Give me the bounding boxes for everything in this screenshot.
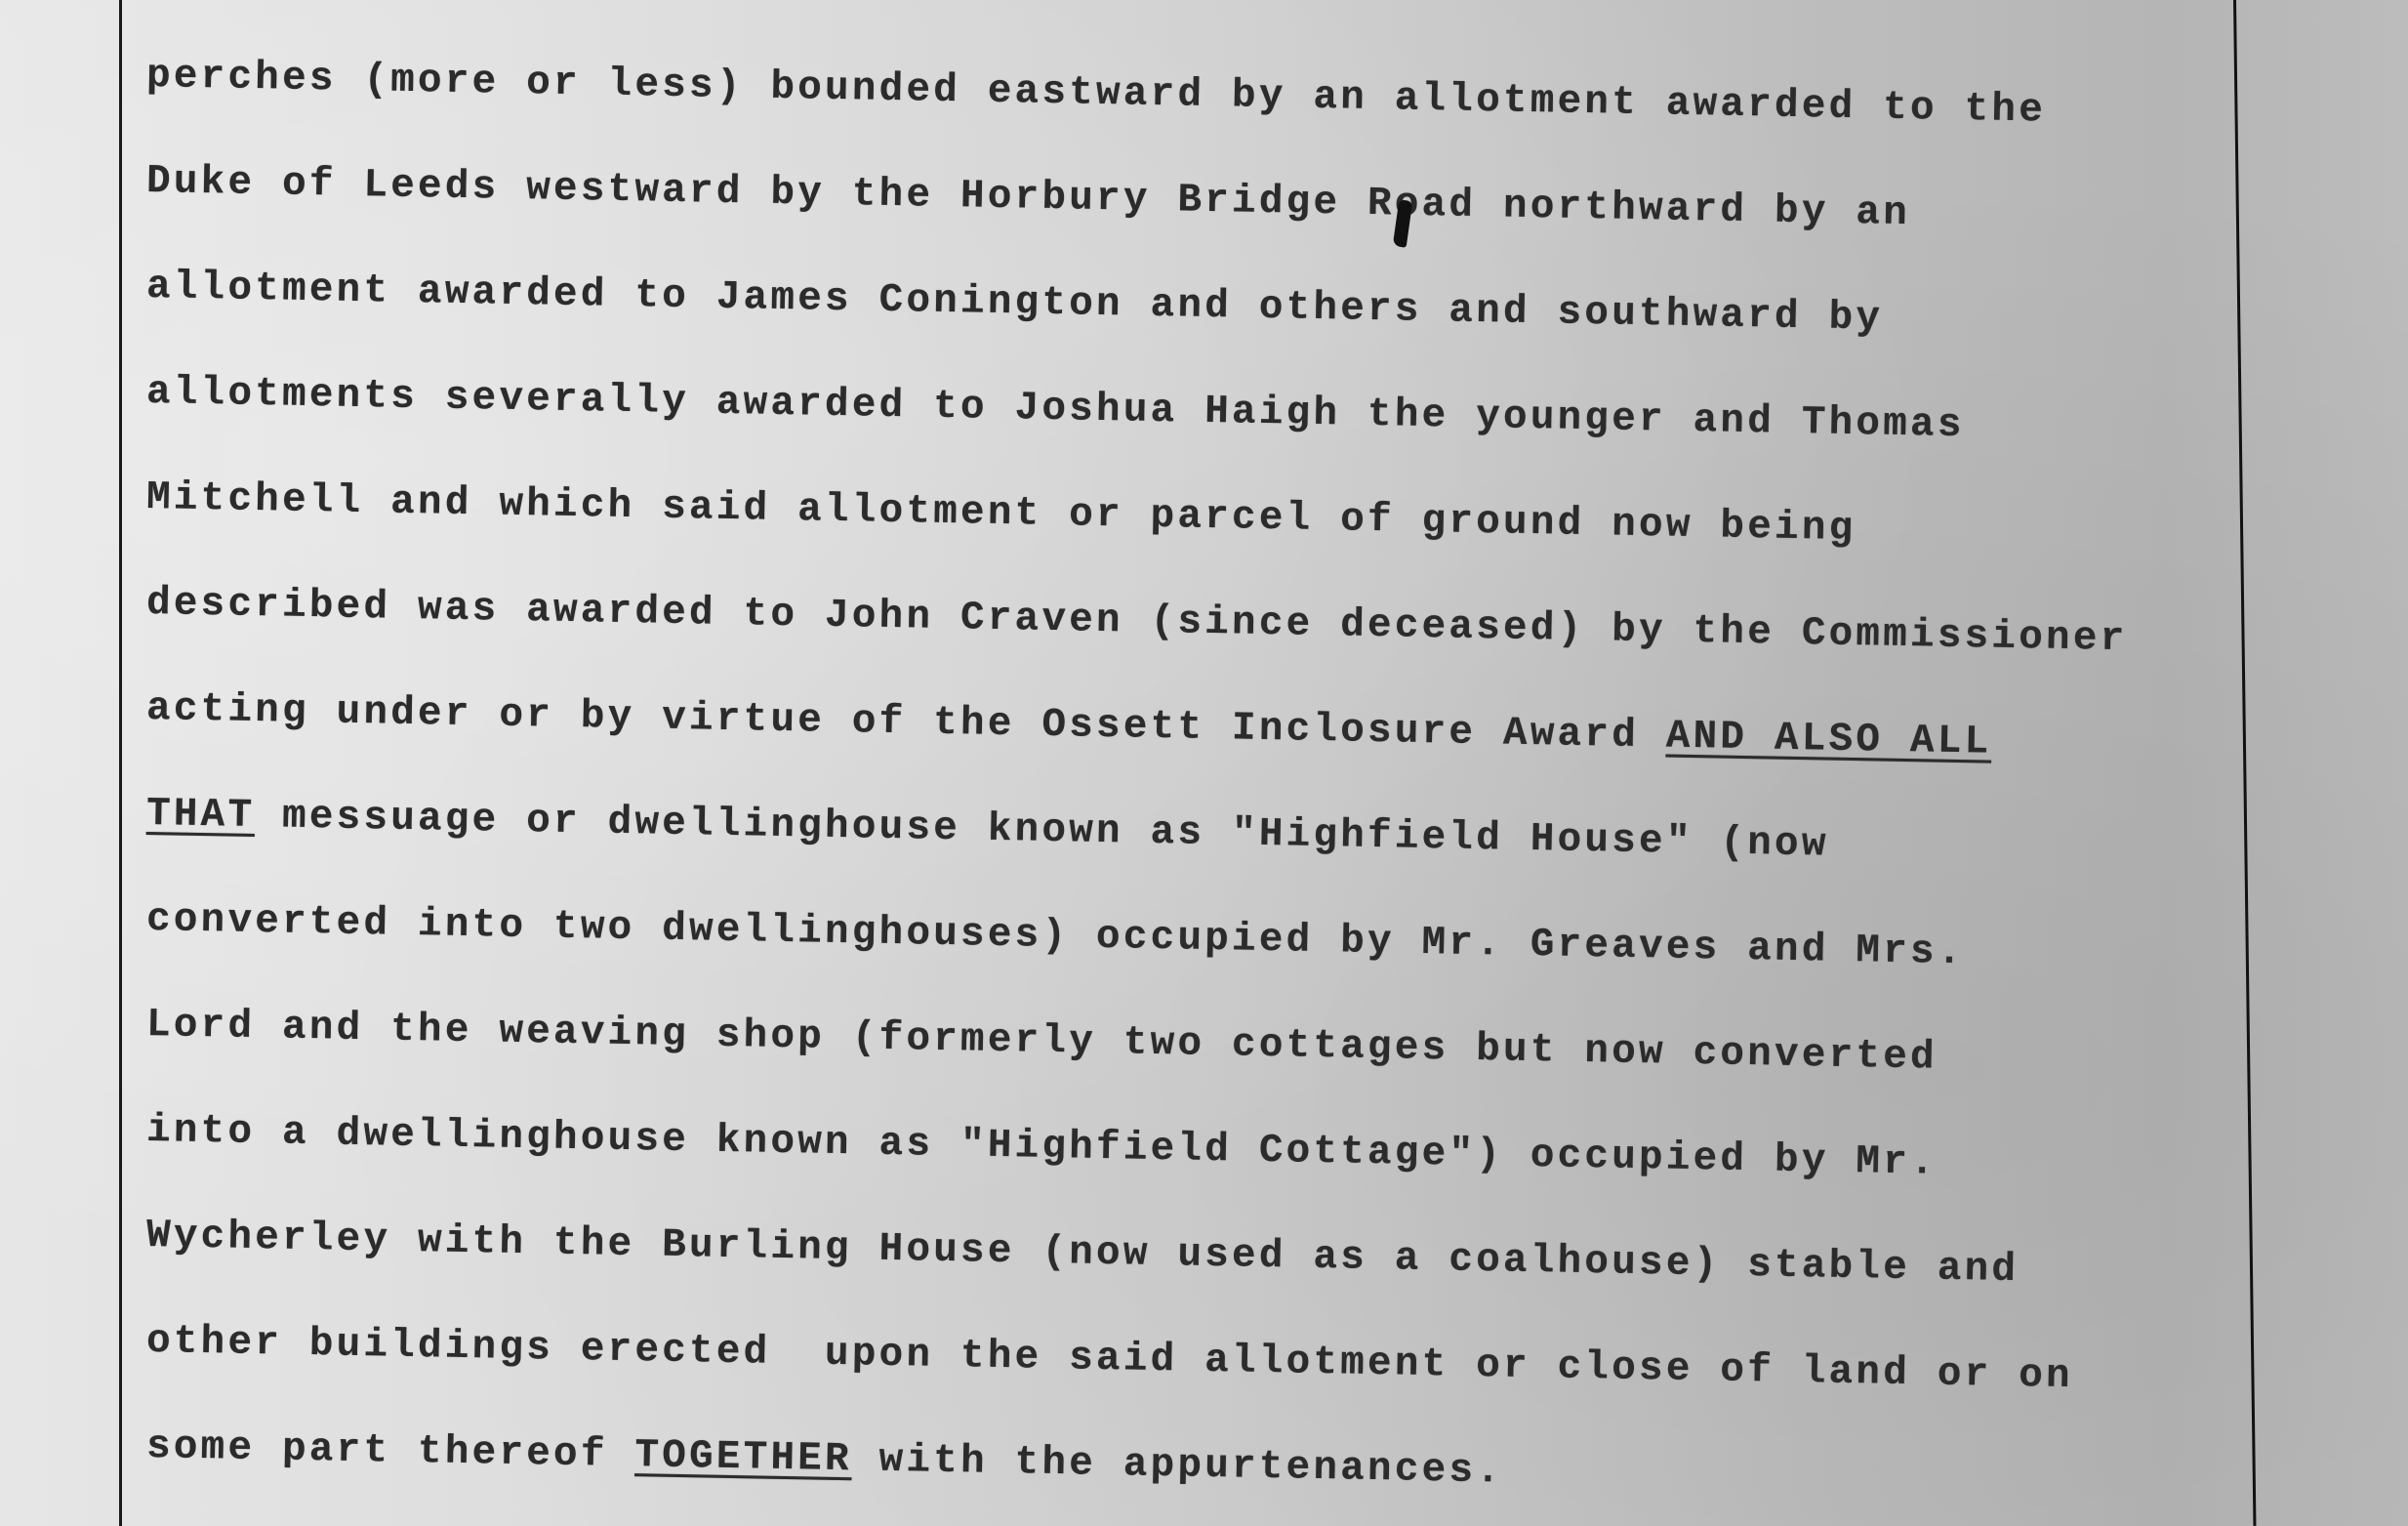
text-line: perches (more or less) bounded eastward …: [146, 54, 2047, 134]
underlined-phrase: THAT: [146, 792, 256, 839]
text-line: converted into two dwellinghouses) occup…: [146, 897, 1965, 975]
text-segment: other buildings erected upon the said al…: [146, 1319, 2074, 1399]
text-segment: into a dwellinghouse known as "Highfield…: [146, 1108, 1939, 1186]
text-segment: Wycherley with the Burling House (now us…: [146, 1214, 2020, 1293]
text-segment: Mitchell and which said allotment or par…: [146, 475, 1857, 552]
text-segment: some part thereof: [146, 1424, 635, 1478]
text-segment: Duke of Leeds westward by the Horbury Br…: [146, 159, 1911, 236]
text-segment: acting under or by virtue of the Ossett …: [146, 686, 1667, 760]
text-segment: described was awarded to John Craven (si…: [146, 581, 2128, 662]
text-line: into a dwellinghouse known as "Highfield…: [146, 1108, 1939, 1186]
text-segment: with the appurtenances.: [851, 1437, 1503, 1494]
text-segment: allotments severally awarded to Joshua H…: [146, 370, 1965, 448]
text-line: Mitchell and which said allotment or par…: [146, 475, 1857, 552]
underlined-phrase: TOGETHER: [634, 1433, 852, 1482]
text-line: other buildings erected upon the said al…: [146, 1319, 2074, 1399]
text-segment: messuage or dwellinghouse known as "High…: [255, 794, 1829, 868]
underlined-phrase: AND ALSO ALL: [1665, 715, 1991, 765]
text-segment: converted into two dwellinghouses) occup…: [146, 897, 1965, 975]
text-line: Duke of Leeds westward by the Horbury Br…: [146, 159, 1911, 236]
text-line: Wycherley with the Burling House (now us…: [146, 1214, 2020, 1293]
text-line: acting under or by virtue of the Ossett …: [146, 686, 1992, 765]
text-line: described was awarded to John Craven (si…: [146, 581, 2128, 662]
left-margin-rule: [119, 0, 122, 1526]
text-line: Lord and the weaving shop (formerly two …: [146, 1003, 1939, 1081]
text-line: some part thereof TOGETHER with the appu…: [146, 1424, 1504, 1494]
text-line: allotments severally awarded to Joshua H…: [146, 370, 1965, 448]
text-segment: allotment awarded to James Conington and…: [146, 265, 1884, 342]
right-margin-rule: [2233, 0, 2256, 1526]
text-segment: perches (more or less) bounded eastward …: [146, 54, 2047, 134]
text-line: THAT messuage or dwellinghouse known as …: [146, 792, 1829, 868]
text-line: allotment awarded to James Conington and…: [146, 265, 1884, 342]
paper-texture: [0, 0, 2408, 1526]
text-segment: Lord and the weaving shop (formerly two …: [146, 1003, 1939, 1081]
